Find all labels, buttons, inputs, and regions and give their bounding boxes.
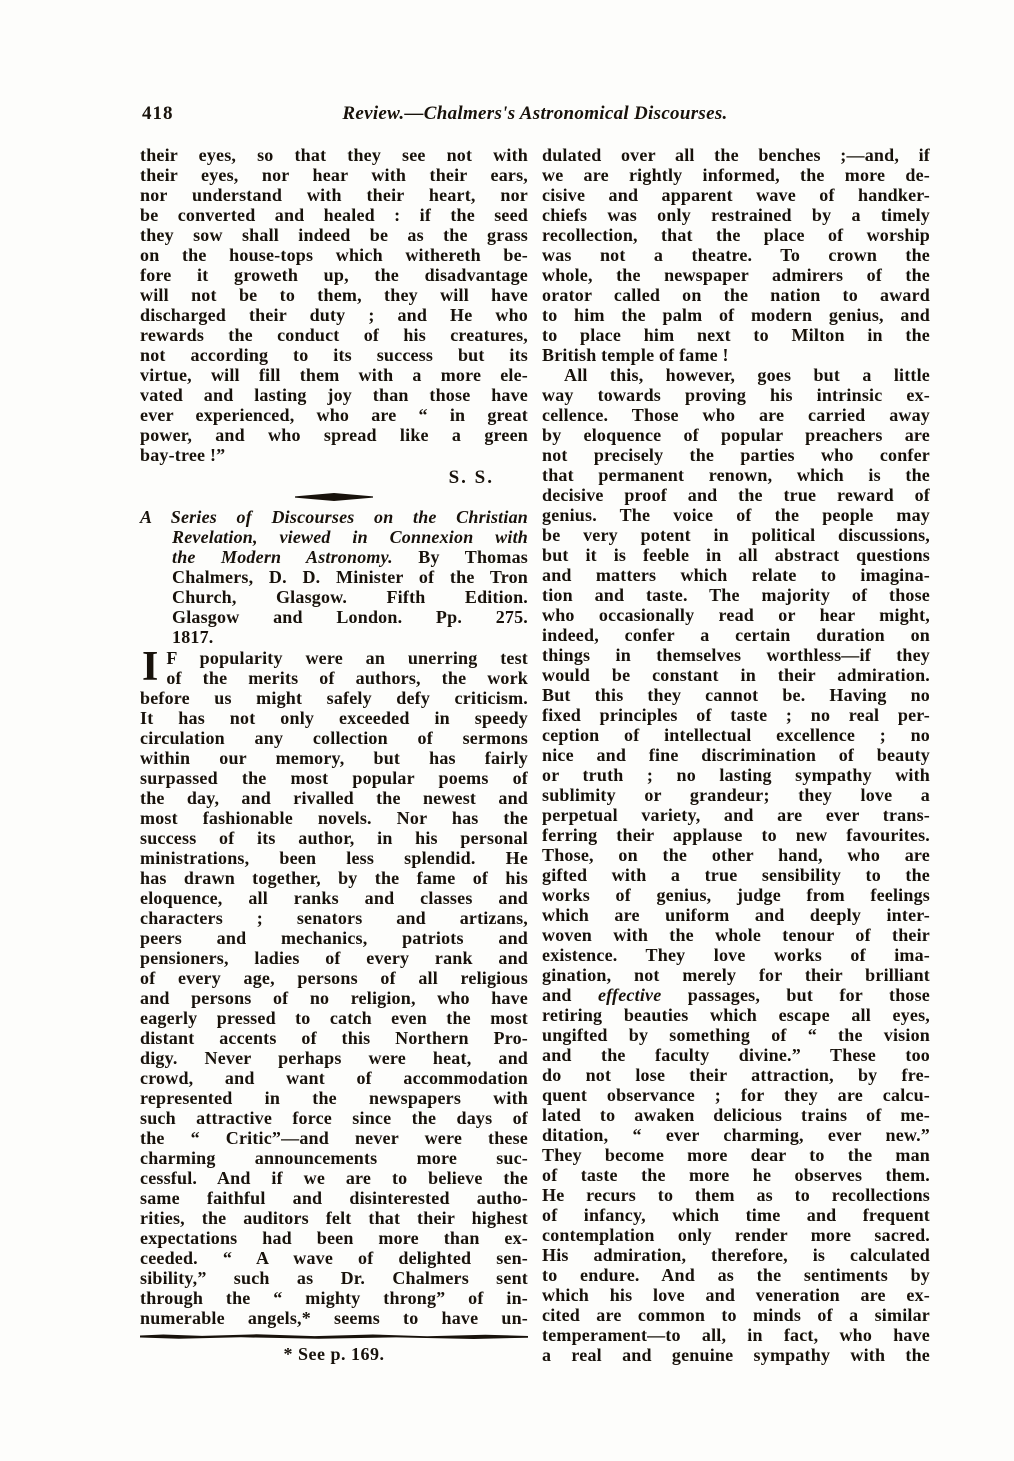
text-line: the Modern Astronomy. By Thomas <box>140 547 528 567</box>
text-line: do not lose their attraction, by fre- <box>542 1065 930 1085</box>
text-line: virtue, will fill them with a more ele- <box>140 365 528 385</box>
text-line: within our memory, but has fairly <box>140 748 528 768</box>
text-line: ungifted by something of “ the vision <box>542 1025 930 1045</box>
text-line: Chalmers, D. D. Minister of the Tron <box>140 567 528 587</box>
text-line: a real and genuine sympathy with the <box>542 1345 930 1365</box>
text-line: we are rightly informed, the more de- <box>542 165 930 185</box>
scanned-page: 418 Review.—Chalmers's Astronomical Disc… <box>0 0 1014 1461</box>
author-signature: S. S. <box>140 468 528 488</box>
page-content: 418 Review.—Chalmers's Astronomical Disc… <box>140 103 930 1365</box>
text-line: They become more dear to the man <box>542 1145 930 1165</box>
text-line: eloquence, all ranks and classes and <box>140 888 528 908</box>
text-line: temperament—to all, in fact, who have <box>542 1325 930 1345</box>
footnote-rule <box>140 1334 528 1339</box>
text-line: ferring their applause to new favourites… <box>542 825 930 845</box>
two-column-text-block: their eyes, so that they see not withthe… <box>140 145 930 1365</box>
text-segment: Glasgow and London. Pp. 275. <box>172 607 528 627</box>
text-line: fore it groweth up, the disadvantage <box>140 265 528 285</box>
text-line: He recurs to them as to recollections <box>542 1185 930 1205</box>
text-line: pensioners, ladies of every rank and <box>140 948 528 968</box>
text-line: existence. They love works of ima- <box>542 945 930 965</box>
text-line: and persons of no religion, who have <box>140 988 528 1008</box>
text-line: most fashionable novels. Nor has the <box>140 808 528 828</box>
text-line: Church, Glasgow. Fifth Edition. <box>140 587 528 607</box>
text-line: chiefs was only restrained by a timely <box>542 205 930 225</box>
article-text-lines: F popularity were an unerring testof the… <box>140 648 528 1328</box>
text-line: dulated over all the benches ;—and, if <box>542 145 930 165</box>
section-divider-rule <box>295 493 373 501</box>
text-line: Those, on the other hand, who are <box>542 845 930 865</box>
text-line: and matters which relate to imagina- <box>542 565 930 585</box>
text-line: crowd, and want of accommodation <box>140 1068 528 1088</box>
text-line: and the faculty divine.” These too <box>542 1045 930 1065</box>
text-line: quent observance ; for they are calcu- <box>542 1085 930 1105</box>
text-line: Glasgow and London. Pp. 275. <box>140 607 528 627</box>
article-opening-paragraph: I F popularity were an unerring testof t… <box>140 648 528 1328</box>
text-line: success of its author, in his personal <box>140 828 528 848</box>
text-line: contemplation only render more sacred. <box>542 1225 930 1245</box>
text-line: before us might safely defy criticism. <box>140 688 528 708</box>
text-line: fixed principles of taste ; no real per- <box>542 705 930 725</box>
text-line: recollection, that the place of worship <box>542 225 930 245</box>
text-line: the “ Critic”—and never were these <box>140 1128 528 1148</box>
text-line: A Series of Discourses on the Christian <box>140 507 528 527</box>
text-line: to endure. And as the sentiments by <box>542 1265 930 1285</box>
text-line: cisive and apparent wave of handker- <box>542 185 930 205</box>
text-line: which are uniform and deeply inter- <box>542 905 930 925</box>
text-line: would be constant in their admiration. <box>542 665 930 685</box>
text-line: ceeded. “ A wave of delighted sen- <box>140 1248 528 1268</box>
text-line: numerable angels,* seems to have un- <box>140 1308 528 1328</box>
text-line: tion and taste. The majority of those <box>542 585 930 605</box>
page-header: 418 Review.—Chalmers's Astronomical Disc… <box>140 103 930 129</box>
text-line: ception of intellectual excellence ; no <box>542 725 930 745</box>
left-column: their eyes, so that they see not withthe… <box>140 145 528 1365</box>
text-line: gination, not merely for their brilliant <box>542 965 930 985</box>
text-line: sublimity or grandeur; they love a <box>542 785 930 805</box>
text-line: rewards the conduct of his creatures, <box>140 325 528 345</box>
text-line: characters ; senators and artizans, <box>140 908 528 928</box>
text-line: represented in the newspapers with <box>140 1088 528 1108</box>
text-line: cellence. Those who are carried away <box>542 405 930 425</box>
text-segment: and <box>542 985 598 1005</box>
text-segment: Chalmers, D. D. Minister of the Tron <box>172 567 528 587</box>
text-line: expectations had been more than ex- <box>140 1228 528 1248</box>
text-line: charming announcements more suc- <box>140 1148 528 1168</box>
text-line: be very potent in political discussions, <box>542 525 930 545</box>
footnote-text: * See p. 169. <box>140 1344 528 1364</box>
page-number: 418 <box>142 103 174 125</box>
text-line: or truth ; no lasting sympathy with <box>542 765 930 785</box>
text-line: on the house-tops which withereth be- <box>140 245 528 265</box>
text-line: not precisely the parties who confer <box>542 445 930 465</box>
text-line: Revelation, viewed in Connexion with <box>140 527 528 547</box>
running-title: Review.—Chalmers's Astronomical Discours… <box>140 103 930 125</box>
text-line: but it is feeble in all abstract questio… <box>542 545 930 565</box>
text-line: things in themselves worthless—if they <box>542 645 930 665</box>
right-column: dulated over all the benches ;—and, ifwe… <box>542 145 930 1365</box>
continuation-paragraph: their eyes, so that they see not withthe… <box>140 145 528 465</box>
text-line: of every age, persons of all religious <box>140 968 528 988</box>
text-line: ministrations, been less splendid. He <box>140 848 528 868</box>
text-line: the day, and rivalled the newest and <box>140 788 528 808</box>
text-line: of taste the more he observes them. <box>542 1165 930 1185</box>
text-line: of infancy, which time and frequent <box>542 1205 930 1225</box>
text-segment: passages, but for those <box>661 985 930 1005</box>
text-line: lated to awaken delicious trains of me- <box>542 1105 930 1125</box>
text-line: decisive proof and the true reward of <box>542 485 930 505</box>
text-line: It has not only exceeded in speedy <box>140 708 528 728</box>
text-line: retiring beauties which escape all eyes, <box>542 1005 930 1025</box>
text-line: their eyes, nor hear with their ears, <box>140 165 528 185</box>
text-line: genius. The voice of the people may <box>542 505 930 525</box>
text-line: gifted with a true sensibility to the <box>542 865 930 885</box>
text-line: they sow shall indeed be as the grass <box>140 225 528 245</box>
text-line: British temple of fame ! <box>542 345 930 365</box>
italic-text-segment: the Modern Astronomy. <box>172 547 393 567</box>
text-line: of the merits of authors, the work <box>140 668 528 688</box>
drop-cap-letter: I <box>140 648 166 685</box>
text-line: works of genius, judge from feelings <box>542 885 930 905</box>
text-line: perpetual variety, and are ever trans- <box>542 805 930 825</box>
text-line: such attractive force since the days of <box>140 1108 528 1128</box>
text-line: woven with the whole tenour of their <box>542 925 930 945</box>
text-line: same faithful and disinterested autho- <box>140 1188 528 1208</box>
text-line: their eyes, so that they see not with <box>140 145 528 165</box>
text-line: peers and mechanics, patriots and <box>140 928 528 948</box>
text-line: not according to its success but its <box>140 345 528 365</box>
right-column-text: dulated over all the benches ;—and, ifwe… <box>542 145 930 1365</box>
text-line: by eloquence of popular preachers are <box>542 425 930 445</box>
text-line: bay-tree !” <box>140 445 528 465</box>
text-line: indeed, confer a certain duration on <box>542 625 930 645</box>
text-line: His admiration, therefore, is calculated <box>542 1245 930 1265</box>
text-line: surpassed the most popular poems of <box>140 768 528 788</box>
text-segment: Church, Glasgow. Fifth Edition. <box>172 587 528 607</box>
italic-text-segment: A Series of Discourses on the Christian <box>140 507 528 527</box>
text-line: discharged their duty ; and He who <box>140 305 528 325</box>
text-line: who occasionally read or hear might, <box>542 605 930 625</box>
text-line: rities, the auditors felt that their hig… <box>140 1208 528 1228</box>
text-line: digy. Never perhaps were heat, and <box>140 1048 528 1068</box>
review-citation-heading: A Series of Discourses on the ChristianR… <box>140 507 528 647</box>
italic-text-segment: effective <box>598 985 661 1005</box>
text-segment: By Thomas <box>393 547 528 567</box>
text-line: All this, however, goes but a little <box>542 365 930 385</box>
text-line: way towards proving his intrinsic ex- <box>542 385 930 405</box>
text-line: cited are common to minds of a similar <box>542 1305 930 1325</box>
text-line: to him the palm of modern genius, and <box>542 305 930 325</box>
text-line: distant accents of this Northern Pro- <box>140 1028 528 1048</box>
text-line: sibility,” such as Dr. Chalmers sent <box>140 1268 528 1288</box>
text-line: circulation any collection of sermons <box>140 728 528 748</box>
text-line: But this they cannot be. Having no <box>542 685 930 705</box>
text-line: power, and who spread like a green <box>140 425 528 445</box>
text-line: and effective passages, but for those <box>542 985 930 1005</box>
text-line: nice and fine discrimination of beauty <box>542 745 930 765</box>
text-line: be converted and healed : if the seed <box>140 205 528 225</box>
text-line: was not a theatre. To crown the <box>542 245 930 265</box>
text-line: has drawn together, by the fame of his <box>140 868 528 888</box>
text-line: ditation, “ ever charming, ever new.” <box>542 1125 930 1145</box>
text-line: eagerly pressed to catch even the most <box>140 1008 528 1028</box>
text-line: vated and lasting joy than those have <box>140 385 528 405</box>
text-line: cessful. And if we are to believe the <box>140 1168 528 1188</box>
text-line: whole, the newspaper admirers of the <box>542 265 930 285</box>
text-line: through the “ mighty throng” of in- <box>140 1288 528 1308</box>
text-line: F popularity were an unerring test <box>140 648 528 668</box>
text-line: to place him next to Milton in the <box>542 325 930 345</box>
text-line: orator called on the nation to award <box>542 285 930 305</box>
text-line: ever experienced, who are “ in great <box>140 405 528 425</box>
text-line: that permanent renown, which is the <box>542 465 930 485</box>
text-line: 1817. <box>140 627 528 647</box>
text-line: which his love and veneration are ex- <box>542 1285 930 1305</box>
text-line: nor understand with their heart, nor <box>140 185 528 205</box>
italic-text-segment: Revelation, viewed in Connexion with <box>172 527 528 547</box>
text-line: will not be to them, they will have <box>140 285 528 305</box>
